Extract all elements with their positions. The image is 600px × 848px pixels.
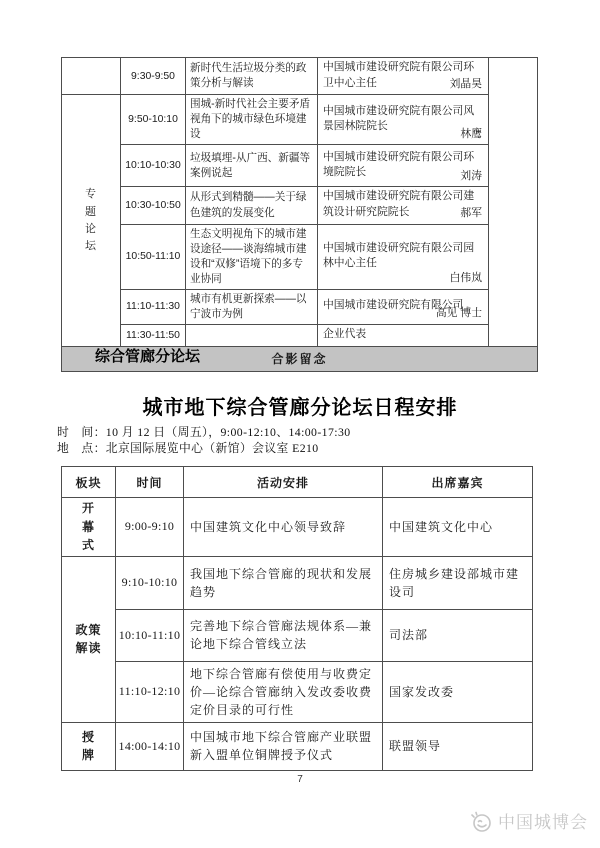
guest-cell: 国家发改委 — [383, 661, 533, 722]
topic-cell — [186, 324, 318, 346]
activity-cell: 地下综合管廊有偿使用与收费定价—论综合管廊纳入发改委收费定价目录的可行性 — [184, 661, 383, 722]
time-cell: 10:30-10:50 — [121, 187, 186, 224]
meta-place-line: 地 点：北京国际展览中心（新馆）会议室 E210 — [57, 439, 319, 456]
block-label-opening: 开 幕 式 — [62, 498, 116, 557]
activity-cell: 中国城市地下综合管廊产业联盟新入盟单位铜牌授予仪式 — [184, 722, 383, 770]
time-cell: 10:50-11:10 — [121, 224, 186, 289]
header-guests: 出席嘉宾 — [383, 467, 533, 498]
time-cell: 9:50-10:10 — [121, 95, 186, 145]
time-cell: 11:10-12:10 — [116, 661, 184, 722]
watermark-text: 中国城博会 — [498, 808, 588, 833]
speaker-cell: 中国城市建设研究院有限公司风景园林院院长 林鹰 — [318, 95, 489, 145]
wechat-smiley-icon — [469, 809, 493, 833]
speaker-name: 林鹰 — [460, 127, 482, 143]
speaker-org: 企业代表 — [323, 328, 366, 340]
time-cell: 9:00-9:10 — [116, 498, 184, 557]
time-cell: 11:10-11:30 — [121, 289, 186, 324]
speaker-cell: 中国城市建设研究院有限公司环境院院长 刘涛 — [318, 145, 489, 187]
notes-column-empty — [489, 58, 538, 347]
table-row: 10:10-10:30 垃圾填埋-从广西、新疆等案例说起 中国城市建设研究院有限… — [62, 145, 538, 187]
time-cell: 11:30-11:50 — [121, 324, 186, 346]
table-row: 专 题 论 坛 9:50-10:10 围城-新时代社会主要矛盾视角下的城市绿色环… — [62, 95, 538, 145]
block-label-policy: 政策 解读 — [62, 556, 116, 722]
subforum-heading: 综合管廊分论坛 — [95, 345, 200, 366]
table-row: 政策 解读 9:10-10:10 我国地下综合管廊的现状和发展趋势 住房城乡建设… — [62, 556, 533, 609]
table-row: 11:10-12:10 地下综合管廊有偿使用与收费定价—论综合管廊纳入发改委收费… — [62, 661, 533, 722]
topic-cell: 生态文明视角下的城市建设途径——谈海绵城市建设和“双修”语境下的多专业协同 — [186, 224, 318, 289]
pipe-gallery-schedule-table: 板块 时间 活动安排 出席嘉宾 开 幕 式 9:00-9:10 中国建筑文化中心… — [61, 466, 533, 771]
time-cell: 9:10-10:10 — [116, 556, 184, 609]
speaker-name: 刘晶昊 — [450, 77, 482, 93]
topic-cell: 城市有机更新探索——以宁波市为例 — [186, 289, 318, 324]
table-row: 9:30-9:50 新时代生活垃圾分类的政策分析与解读 中国城市建设研究院有限公… — [62, 58, 538, 95]
speaker-org: 中国城市建设研究院有限公司风景园林院院长 — [323, 105, 474, 133]
speaker-org: 中国城市建设研究院有限公司建筑设计研究院院长 — [323, 190, 474, 218]
table-header-row: 板块 时间 活动安排 出席嘉宾 — [62, 467, 533, 498]
topic-cell: 新时代生活垃圾分类的政策分析与解读 — [186, 58, 318, 95]
time-cell: 10:10-10:30 — [121, 145, 186, 187]
speaker-cell: 企业代表 — [318, 324, 489, 346]
block-label-special-forum: 专 题 论 坛 — [62, 95, 121, 347]
activity-cell: 完善地下综合管廊法规体系—兼论地下综合管线立法 — [184, 609, 383, 661]
speaker-cell: 中国城市建设研究院有限公司 高见 博士 — [318, 289, 489, 324]
table-row: 10:30-10:50 从形式到精髓——关于绿色建筑的发展变化 中国城市建设研究… — [62, 187, 538, 224]
speaker-name: 高见 博士 — [436, 306, 482, 322]
guest-cell: 中国建筑文化中心 — [383, 498, 533, 557]
time-cell: 14:00-14:10 — [116, 722, 184, 770]
time-cell: 10:10-11:10 — [116, 609, 184, 661]
speaker-org: 中国城市建设研究院有限公司园林中心主任 — [323, 242, 474, 270]
topic-cell: 从形式到精髓——关于绿色建筑的发展变化 — [186, 187, 318, 224]
header-block: 板块 — [62, 467, 116, 498]
watermark: 中国城博会 — [469, 808, 588, 833]
special-forum-schedule-table: 9:30-9:50 新时代生活垃圾分类的政策分析与解读 中国城市建设研究院有限公… — [61, 57, 538, 372]
block-label-plaque: 授 牌 — [62, 722, 116, 770]
speaker-cell: 中国城市建设研究院有限公司环卫中心主任 刘晶昊 — [318, 58, 489, 95]
guest-cell: 司法部 — [383, 609, 533, 661]
guest-cell: 联盟领导 — [383, 722, 533, 770]
guest-cell: 住房城乡建设部城市建设司 — [383, 556, 533, 609]
topic-cell: 垃圾填埋-从广西、新疆等案例说起 — [186, 145, 318, 187]
topic-cell: 围城-新时代社会主要矛盾视角下的城市绿色环境建设 — [186, 95, 318, 145]
block-cell-empty — [62, 58, 121, 95]
table-row: 10:50-11:10 生态文明视角下的城市建设途径——谈海绵城市建设和“双修”… — [62, 224, 538, 289]
table-row: 开 幕 式 9:00-9:10 中国建筑文化中心领导致辞 中国建筑文化中心 — [62, 498, 533, 557]
header-time: 时间 — [116, 467, 184, 498]
speaker-org: 中国城市建设研究院有限公司环境院院长 — [323, 151, 474, 179]
table-row: 授 牌 14:00-14:10 中国城市地下综合管廊产业联盟新入盟单位铜牌授予仪… — [62, 722, 533, 770]
activity-cell: 我国地下综合管廊的现状和发展趋势 — [184, 556, 383, 609]
speaker-name: 白伟岚 — [450, 271, 482, 287]
activity-cell: 中国建筑文化中心领导致辞 — [184, 498, 383, 557]
header-activity: 活动安排 — [184, 467, 383, 498]
speaker-cell: 中国城市建设研究院有限公司建筑设计研究院院长 郝军 — [318, 187, 489, 224]
meta-time-line: 时 间：10 月 12 日（周五），9:00-12:10、14:00-17:30 — [57, 423, 351, 440]
time-cell: 9:30-9:50 — [121, 58, 186, 95]
speaker-cell: 中国城市建设研究院有限公司园林中心主任 白伟岚 — [318, 224, 489, 289]
table-row: 11:30-11:50 企业代表 — [62, 324, 538, 346]
page-title: 城市地下综合管廊分论坛日程安排 — [0, 391, 600, 420]
table-row: 10:10-11:10 完善地下综合管廊法规体系—兼论地下综合管线立法 司法部 — [62, 609, 533, 661]
speaker-name: 郝军 — [460, 206, 482, 222]
page-number: 7 — [0, 774, 600, 785]
speaker-name: 刘涛 — [460, 169, 482, 185]
table-row: 11:10-11:30 城市有机更新探索——以宁波市为例 中国城市建设研究院有限… — [62, 289, 538, 324]
